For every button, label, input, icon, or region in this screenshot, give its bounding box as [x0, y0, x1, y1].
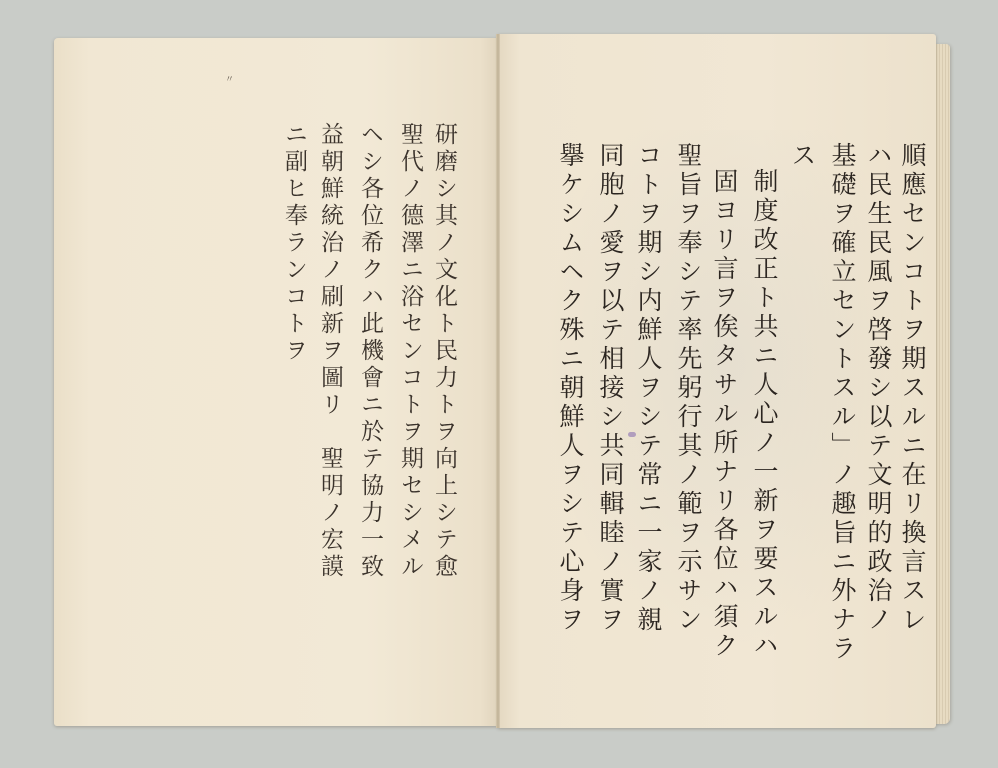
text-column: 擧ケシムヘク殊ニ朝鮮人ヲシテ心身ヲ: [558, 142, 583, 635]
text-column: 研磨シ其ノ文化ト民力トヲ向上シテ愈: [432, 122, 455, 581]
text-column: 基礎ヲ確立セントスル」ノ趣旨ニ外ナラ: [830, 142, 855, 664]
text-column: ニ副ヒ奉ランコトヲ: [282, 122, 305, 365]
text-column: ヘシ各位希クハ此機會ニ於テ協力一致: [358, 122, 381, 581]
text-column: 益朝鮮統治ノ刷新ヲ圖リ 聖明ノ宏謨: [318, 122, 341, 581]
text-column: 聖代ノ德澤ニ浴センコトヲ期セシメル: [398, 122, 421, 581]
ink-stain: [628, 432, 636, 437]
text-column: 順應センコトヲ期スルニ在リ換言スレ: [900, 142, 925, 635]
text-column: ス: [790, 142, 815, 171]
page-mark: 〃: [225, 72, 234, 85]
book-spread: 〃 研磨シ其ノ文化ト民力トヲ向上シテ愈 聖代ノ德澤ニ浴センコトヲ期セシメル ヘシ…: [0, 0, 998, 768]
text-column: 聖旨ヲ奉シテ率先躬行其ノ範ヲ示サン: [676, 142, 701, 635]
text-column: 制度改正ト共ニ人心ノ一新ヲ要スルハ: [752, 168, 777, 661]
text-column: 固ヨリ言ヲ俟タサル所ナリ各位ハ須ク: [712, 168, 737, 661]
text-column: 同胞ノ愛ヲ以テ相接シ共同輯睦ノ實ヲ: [598, 142, 623, 635]
book-gutter: [496, 34, 500, 728]
page-edges: [934, 44, 950, 724]
text-column: ハ民生民風ヲ啓發シ以テ文明的政治ノ: [866, 142, 891, 635]
text-column: コトヲ期シ内鮮人ヲシテ常ニ一家ノ親: [636, 142, 661, 635]
